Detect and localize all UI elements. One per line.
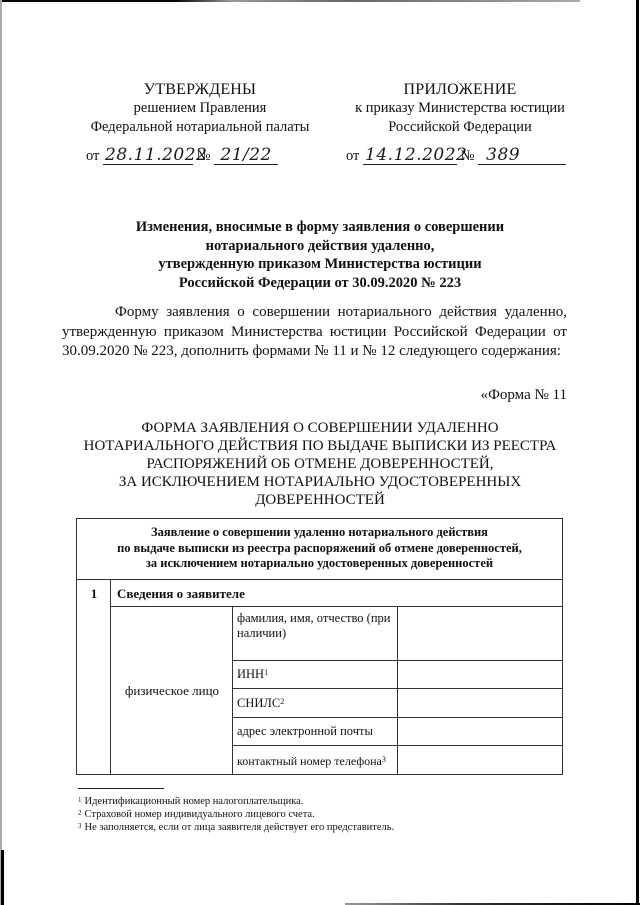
- table-header-line-1: Заявление о совершении удаленно нотариал…: [77, 525, 562, 541]
- footnote-mark: 2: [78, 809, 82, 817]
- application-form-table: Заявление о совершении удаленно нотариал…: [76, 518, 563, 775]
- document-title-line-1: Изменения, вносимые в форму заявления о …: [90, 218, 550, 237]
- field-label-text: контактный номер телефона: [237, 754, 382, 768]
- field-label-snils: СНИЛС2: [237, 696, 397, 722]
- person-type-text: физическое лицо: [125, 683, 219, 698]
- footnote-mark: 3: [382, 755, 386, 764]
- appendix-number-prefix: №: [461, 148, 475, 164]
- section-number: 1: [77, 580, 111, 607]
- footnote-1: 1Идентификационный номер налогоплательщи…: [78, 795, 578, 808]
- field-label-text: адрес электронной почты: [237, 724, 373, 738]
- scan-border-right: [636, 0, 639, 905]
- field-value-snils[interactable]: [399, 689, 562, 717]
- footnote-mark: 1: [78, 796, 82, 804]
- approval-number-handwritten: 21/22: [214, 146, 278, 165]
- form-title: ФОРМА ЗАЯВЛЕНИЯ О СОВЕРШЕНИИ УДАЛЕННО НО…: [70, 419, 570, 509]
- form-reference: «Форма № 11: [481, 387, 567, 404]
- approval-line-1: решением Правления: [70, 99, 330, 118]
- appendix-date-prefix: от: [346, 148, 359, 164]
- appendix-line-2: Российской Федерации: [330, 118, 590, 137]
- table-header-line-2: по выдаче выписки из реестра распоряжени…: [77, 541, 562, 557]
- approval-line-2: Федеральной нотариальной палаты: [70, 118, 330, 137]
- approval-date-number: от 28.11.2022 № 21/22: [86, 146, 278, 165]
- scan-border-left: [0, 0, 2, 905]
- footnote-3: 3Не заполняется, если от лица заявителя …: [78, 821, 578, 834]
- field-label-text: СНИЛС: [237, 696, 280, 710]
- document-title-line-4: Российской Федерации от 30.09.2020 № 223: [90, 274, 550, 293]
- form-title-line-4: ЗА ИСКЛЮЧЕНИЕМ НОТАРИАЛЬНО УДОСТОВЕРЕННЫ…: [70, 473, 570, 491]
- field-value-phone[interactable]: [399, 746, 562, 774]
- field-value-full-name[interactable]: [399, 607, 562, 660]
- appendix-heading: ПРИЛОЖЕНИЕ: [330, 80, 590, 99]
- footnote-text: Идентификационный номер налогоплательщик…: [85, 796, 304, 807]
- field-value-inn[interactable]: [399, 661, 562, 688]
- document-title-line-2: нотариального действия удаленно,: [90, 237, 550, 256]
- scan-border-top: [0, 0, 580, 2]
- field-label-email: адрес электронной почты: [237, 724, 397, 750]
- appendix-date-handwritten: 14.12.2022: [363, 146, 457, 165]
- field-label-text: фамилия, имя, отчество (при наличии): [237, 611, 390, 640]
- form-title-line-5: ДОВЕРЕННОСТЕЙ: [70, 491, 570, 509]
- table-divider: [232, 607, 233, 774]
- table-divider: [397, 607, 398, 774]
- approval-number-prefix: №: [197, 148, 211, 164]
- section-label: Сведения о заявителе: [117, 580, 557, 607]
- field-value-email[interactable]: [399, 718, 562, 745]
- field-label-phone: контактный номер телефона3: [237, 754, 397, 774]
- body-paragraph: Форму заявления о совершении нотариально…: [62, 303, 567, 362]
- footnote-separator: [78, 788, 164, 789]
- form-title-line-2: НОТАРИАЛЬНОГО ДЕЙСТВИЯ ПО ВЫДАЧЕ ВЫПИСКИ…: [70, 437, 570, 455]
- footnote-mark: 3: [78, 822, 82, 830]
- approval-heading: УТВЕРЖДЕНЫ: [70, 80, 330, 99]
- footnote-text: Страховой номер индивидуального лицевого…: [85, 809, 315, 820]
- footnote-mark: 1: [264, 668, 268, 677]
- approval-block: УТВЕРЖДЕНЫ решением Правления Федерально…: [70, 80, 330, 137]
- field-label-full-name: фамилия, имя, отчество (при наличии): [237, 611, 397, 661]
- appendix-number-handwritten: 389: [478, 146, 566, 165]
- approval-date-prefix: от: [86, 148, 99, 164]
- table-header-line-3: за исключением нотариально удостоверенны…: [77, 556, 562, 572]
- appendix-block: ПРИЛОЖЕНИЕ к приказу Министерства юстици…: [330, 80, 590, 137]
- footnotes: 1Идентификационный номер налогоплательщи…: [78, 795, 578, 834]
- footnote-2: 2Страховой номер индивидуального лицевог…: [78, 808, 578, 821]
- appendix-line-1: к приказу Министерства юстиции: [330, 99, 590, 118]
- table-header: Заявление о совершении удаленно нотариал…: [77, 519, 562, 580]
- field-label-inn: ИНН1: [237, 667, 397, 693]
- document-title: Изменения, вносимые в форму заявления о …: [90, 218, 550, 292]
- document-title-line-3: утвержденную приказом Министерства юстиц…: [90, 255, 550, 274]
- appendix-date-number: от 14.12.2022 № 389: [346, 146, 566, 165]
- form-title-line-3: РАСПОРЯЖЕНИЙ ОБ ОТМЕНЕ ДОВЕРЕННОСТЕЙ,: [70, 455, 570, 473]
- footnote-text: Не заполняется, если от лица заявителя д…: [85, 822, 395, 833]
- field-label-text: ИНН: [237, 667, 264, 681]
- approval-date-handwritten: 28.11.2022: [103, 146, 193, 165]
- person-type-label: физическое лицо: [111, 607, 233, 774]
- form-title-line-1: ФОРМА ЗАЯВЛЕНИЯ О СОВЕРШЕНИИ УДАЛЕННО: [70, 419, 570, 437]
- footnote-mark: 2: [280, 697, 284, 706]
- scan-border-left-bottom: [1, 850, 4, 905]
